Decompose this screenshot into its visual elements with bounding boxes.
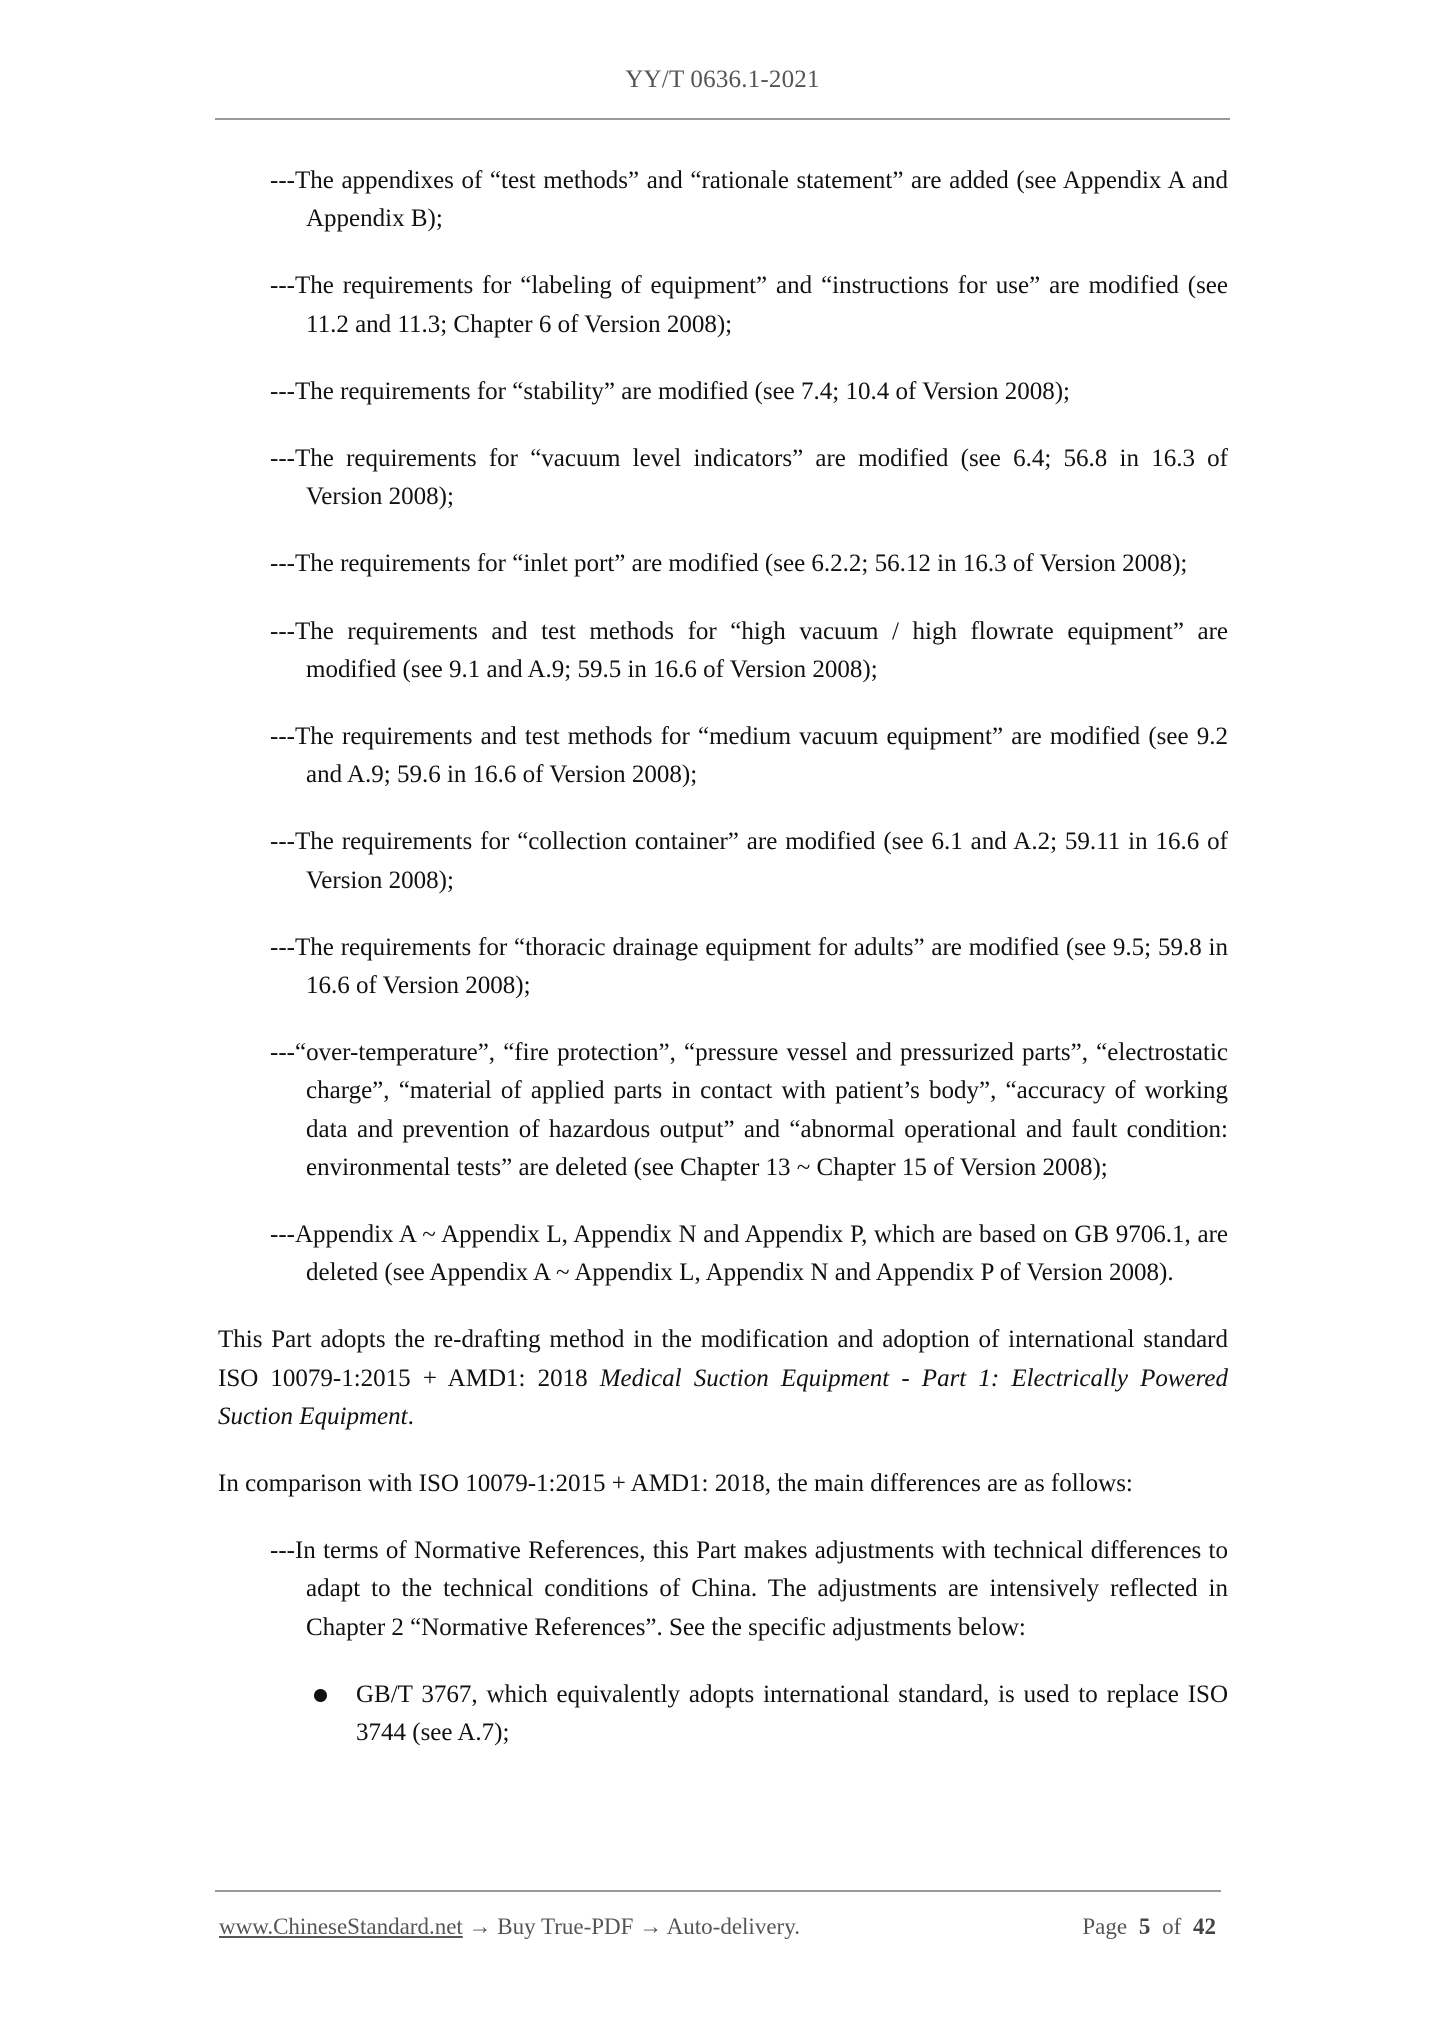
dash-prefix: --- bbox=[270, 618, 295, 645]
arrow-right-icon: → bbox=[639, 1914, 662, 1939]
difference-item-text: In terms of Normative References, this P… bbox=[295, 1537, 1228, 1640]
chinesestandard-link[interactable]: www.ChineseStandard.net bbox=[219, 1914, 463, 1939]
change-item-text: The requirements for “inlet port” are mo… bbox=[295, 550, 1187, 577]
page-footer: www.ChineseStandard.net → Buy True-PDF →… bbox=[219, 1914, 1216, 1940]
change-item: ---The requirements for “vacuum level in… bbox=[270, 440, 1228, 516]
footer-divider bbox=[215, 1890, 1221, 1892]
change-item: ---The requirements for “stability” are … bbox=[270, 373, 1228, 411]
change-item-text: “over-temperature”, “fire protection”, “… bbox=[295, 1039, 1228, 1181]
dash-prefix: --- bbox=[270, 1039, 295, 1066]
dash-prefix: --- bbox=[270, 167, 295, 194]
footer-step-delivery: Auto-delivery. bbox=[667, 1914, 800, 1939]
change-item: ---The requirements for “thoracic draina… bbox=[270, 929, 1228, 1005]
dash-prefix: --- bbox=[270, 445, 295, 472]
dash-prefix: --- bbox=[270, 378, 295, 405]
change-item-text: The requirements for “stability” are mod… bbox=[295, 378, 1070, 405]
page-label: Page bbox=[1082, 1914, 1127, 1939]
change-item-text: The requirements for “vacuum level indic… bbox=[295, 445, 1228, 510]
page-number: Page 5 of 42 bbox=[1082, 1914, 1216, 1940]
change-item: ---Appendix A ~ Appendix L, Appendix N a… bbox=[270, 1216, 1228, 1292]
change-item: ---The requirements and test methods for… bbox=[270, 718, 1228, 794]
difference-item: ---In terms of Normative References, thi… bbox=[270, 1532, 1228, 1647]
change-item-text: The requirements for “labeling of equipm… bbox=[295, 272, 1228, 337]
page-of-label: of bbox=[1162, 1914, 1181, 1939]
change-item: ---The requirements for “collection cont… bbox=[270, 823, 1228, 899]
footer-promo: www.ChineseStandard.net → Buy True-PDF →… bbox=[219, 1914, 800, 1940]
change-item-text: The requirements for “collection contain… bbox=[295, 828, 1228, 893]
page-body: ---The appendixes of “test methods” and … bbox=[218, 162, 1228, 1781]
change-item-text: The requirements and test methods for “h… bbox=[295, 618, 1228, 683]
dash-prefix: --- bbox=[270, 723, 295, 750]
page-current: 5 bbox=[1139, 1914, 1151, 1939]
bullet-dot-icon bbox=[314, 1689, 327, 1702]
change-item-text: The requirements and test methods for “m… bbox=[295, 723, 1228, 788]
page-total: 42 bbox=[1193, 1914, 1216, 1939]
footer-step-buy: Buy True-PDF bbox=[497, 1914, 633, 1939]
bullet-item: GB/T 3767, which equivalently adopts int… bbox=[356, 1676, 1228, 1752]
title-separator: - bbox=[889, 1365, 922, 1392]
comparison-paragraph: In comparison with ISO 10079-1:2015 + AM… bbox=[218, 1465, 1228, 1503]
dash-prefix: --- bbox=[270, 934, 295, 961]
header-divider bbox=[215, 118, 1230, 120]
document-code-header: YY/T 0636.1-2021 bbox=[0, 66, 1445, 94]
adoption-end: . bbox=[408, 1403, 414, 1430]
bullet-item-text: GB/T 3767, which equivalently adopts int… bbox=[356, 1681, 1228, 1746]
dash-prefix: --- bbox=[270, 550, 295, 577]
change-item: ---“over-temperature”, “fire protection”… bbox=[270, 1034, 1228, 1187]
dash-prefix: --- bbox=[270, 272, 295, 299]
change-item: ---The requirements and test methods for… bbox=[270, 613, 1228, 689]
dash-prefix: --- bbox=[270, 1537, 295, 1564]
adoption-paragraph: This Part adopts the re-drafting method … bbox=[218, 1321, 1228, 1436]
dash-prefix: --- bbox=[270, 1221, 295, 1248]
change-item-text: Appendix A ~ Appendix L, Appendix N and … bbox=[295, 1221, 1228, 1286]
change-item: ---The requirements for “labeling of equ… bbox=[270, 267, 1228, 343]
change-item-text: The requirements for “thoracic drainage … bbox=[295, 934, 1228, 999]
dash-prefix: --- bbox=[270, 828, 295, 855]
change-item-text: The appendixes of “test methods” and “ra… bbox=[295, 167, 1228, 232]
change-item: ---The appendixes of “test methods” and … bbox=[270, 162, 1228, 238]
change-item: ---The requirements for “inlet port” are… bbox=[270, 545, 1228, 583]
standard-title-part1: Medical Suction Equipment bbox=[600, 1365, 889, 1392]
arrow-right-icon: → bbox=[469, 1914, 492, 1939]
